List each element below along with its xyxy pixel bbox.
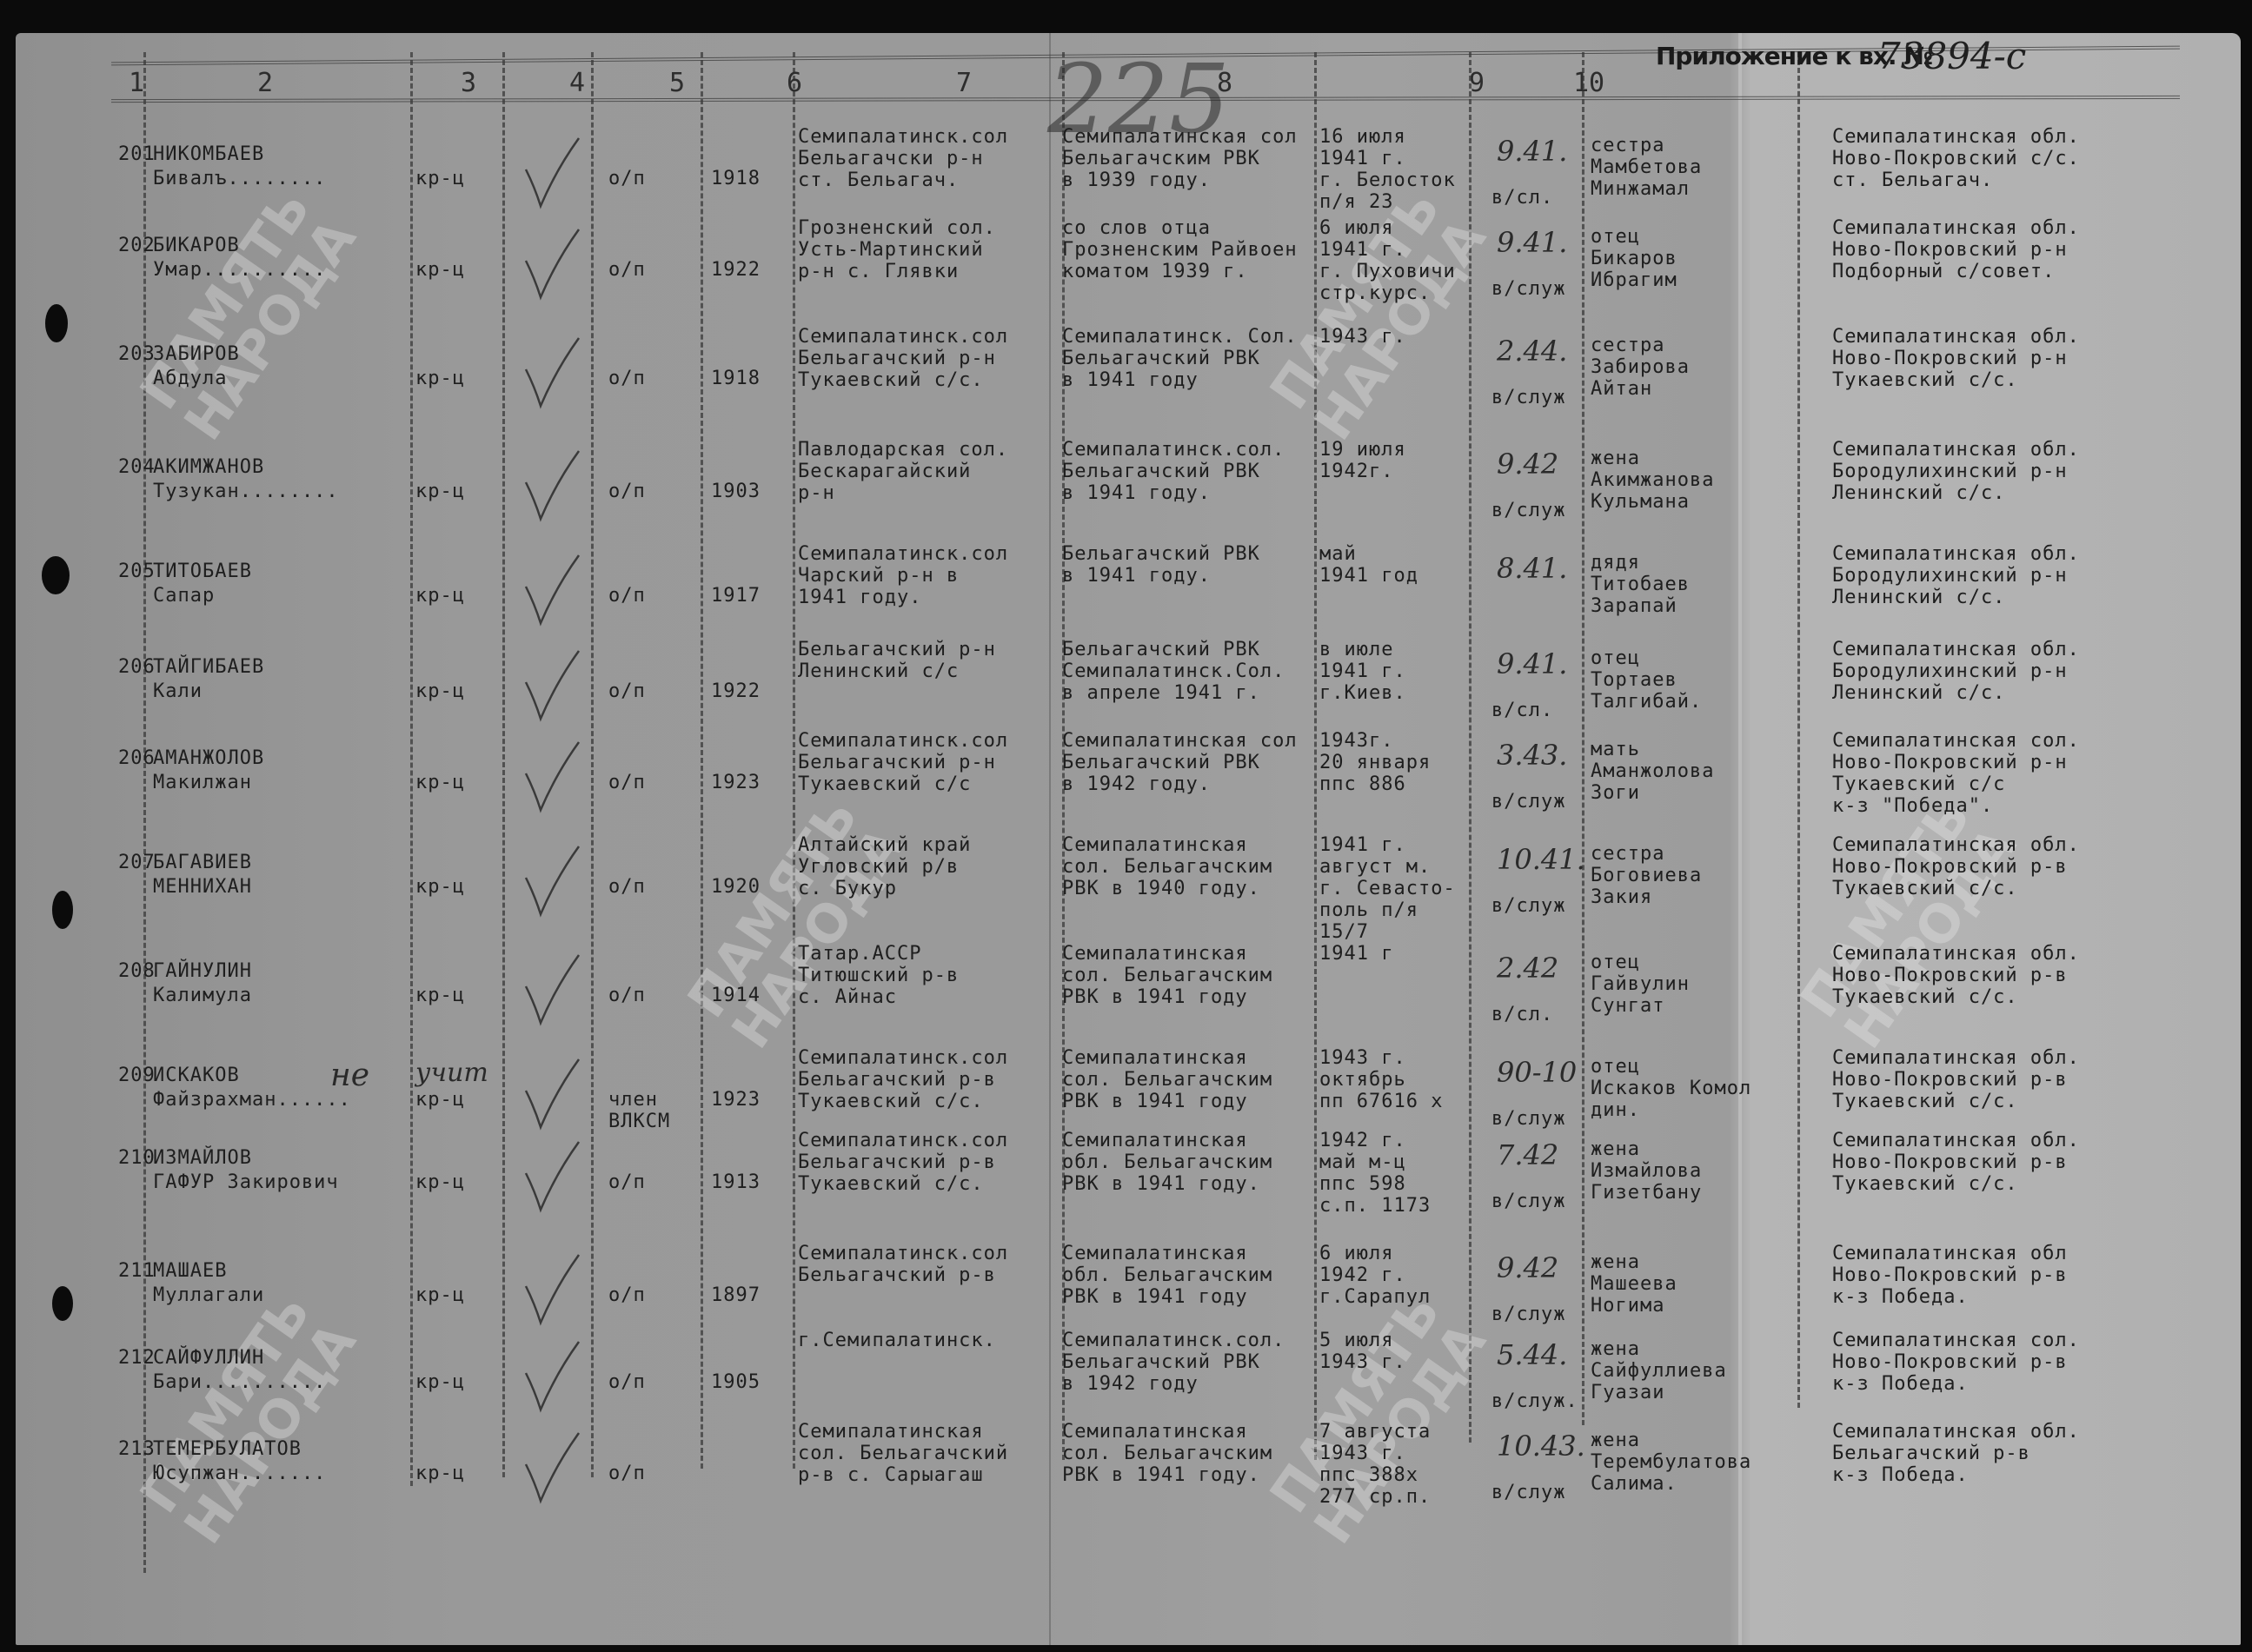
- drafted-by: Семипалатинск.сол. Бельагачский РВК в 19…: [1062, 439, 1285, 504]
- rank: кр-ц: [415, 1089, 465, 1111]
- drafted-by: Семипалатинск.сол. Бельагачский РВК в 19…: [1062, 1330, 1285, 1395]
- rank: кр-ц: [415, 985, 465, 1006]
- record-number: 207: [118, 852, 156, 873]
- rank: кр-ц: [415, 368, 465, 389]
- service-status: в/служ: [1491, 791, 1565, 813]
- drafted-by: Семипалатинская сол. Бельагачским РВК в …: [1062, 943, 1272, 1008]
- drafted-by: Семипалатинская сол. Бельагачским РВК в …: [1062, 1421, 1272, 1486]
- column-number: 2: [257, 68, 273, 98]
- relative: жена Терембулатова Салима.: [1591, 1430, 1751, 1495]
- birthplace: Семипалатинск.сол Бельагачский р-н Тукае…: [798, 326, 1008, 391]
- birth-year: 1918: [711, 368, 761, 389]
- record-number: 211: [118, 1260, 156, 1282]
- handwritten-mark: 3.43.: [1497, 739, 1567, 772]
- column-number: 7: [956, 68, 972, 98]
- relative: отец Бикаров Ибрагим: [1591, 226, 1677, 291]
- punch-hole: [45, 304, 68, 342]
- birth-year: 1914: [711, 985, 761, 1006]
- relative-address: Семипалатинская обл. Бельагачский р-в к-…: [1832, 1421, 2080, 1486]
- birthplace: Бельагачский р-н Ленинский с/с: [798, 639, 996, 682]
- missing-date: 1943 г.: [1319, 326, 1406, 348]
- handwritten-note: не: [330, 1058, 369, 1093]
- relative: сестра Забирова Айтан: [1591, 335, 1690, 400]
- birthplace: Семипалатинск.сол Бельагачский р-в Тукае…: [798, 1130, 1008, 1195]
- record-number: 208: [118, 960, 156, 982]
- handwritten-mark: 8.41.: [1497, 552, 1567, 585]
- record-number: 205: [118, 561, 156, 582]
- given-name: Умар..........: [153, 259, 326, 281]
- missing-date: 1943г. 20 января ппс 886: [1319, 730, 1431, 795]
- birthplace: Татар.АССР Титюшский р-в с. Айнас: [798, 943, 959, 1008]
- check-mark-icon: [521, 1338, 582, 1416]
- column-number: 10: [1573, 68, 1604, 98]
- missing-date: 1941 г: [1319, 943, 1393, 965]
- given-name: Юсупжан.......: [153, 1463, 326, 1484]
- given-name: Кали: [153, 680, 203, 702]
- record-number: 202: [118, 235, 156, 256]
- handwritten-mark: 5.44.: [1497, 1338, 1567, 1371]
- handwritten-note: учит: [415, 1058, 488, 1088]
- relative-address: Семипалатинская обл. Ново-Покровский р-в…: [1832, 943, 2080, 1008]
- birthplace: Алтайский край Угловский р/в с. Букур: [798, 834, 971, 899]
- handwritten-mark: 10.43.: [1497, 1430, 1585, 1463]
- birthplace: Павлодарская сол. Бескарагайский р-н: [798, 439, 1008, 504]
- service-status: в/служ: [1491, 387, 1565, 408]
- birthplace: Семипалатинск.сол Бельагачский р-в Тукае…: [798, 1047, 1008, 1112]
- drafted-by: Бельагачский РВК в 1941 году.: [1062, 543, 1260, 587]
- party-status: о/п: [608, 168, 646, 189]
- relative: жена Измайлова Гизетбану: [1591, 1138, 1702, 1204]
- party-status: о/п: [608, 1371, 646, 1393]
- missing-date: 6 июля 1942 г. г.Сарапул: [1319, 1243, 1431, 1308]
- surname: ИЗМАЙЛОВ: [153, 1147, 252, 1169]
- missing-date: 1941 г. август м. г. Севасто- поль п/я 1…: [1319, 834, 1456, 943]
- check-mark-icon: [521, 647, 582, 726]
- column-number: 9: [1469, 68, 1485, 98]
- record-number: 203: [118, 343, 156, 365]
- relative-address: Семипалатинская обл. Ново-Покровский с/с…: [1832, 126, 2080, 191]
- column-divider: [793, 52, 795, 1469]
- rank: кр-ц: [415, 1171, 465, 1193]
- column-number: 1: [129, 68, 144, 98]
- party-status: о/п: [608, 481, 646, 502]
- handwritten-mark: 9.42: [1497, 448, 1558, 481]
- given-name: Абдула: [153, 368, 227, 389]
- missing-date: в июле 1941 г. г.Киев.: [1319, 639, 1406, 704]
- check-mark-icon: [521, 335, 582, 413]
- birth-year: 1923: [711, 772, 761, 793]
- check-mark-icon: [521, 552, 582, 630]
- missing-date: 1942 г. май м-ц ппс 598 с.п. 1173: [1319, 1130, 1431, 1217]
- relative: отец Тортаев Талгибай.: [1591, 647, 1702, 713]
- column-divider: [410, 52, 413, 1486]
- birth-year: 1922: [711, 259, 761, 281]
- drafted-by: Бельагачский РВК Семипалатинск.Сол. в ап…: [1062, 639, 1285, 704]
- service-status: в/служ: [1491, 500, 1565, 521]
- party-status: о/п: [608, 680, 646, 702]
- relative: дядя Титобаев Зарапай: [1591, 552, 1690, 617]
- rank: кр-ц: [415, 481, 465, 502]
- check-mark-icon: [521, 448, 582, 526]
- check-mark-icon: [521, 1251, 582, 1330]
- birthplace: Семипалатинская сол. Бельагачский р-в с.…: [798, 1421, 1008, 1486]
- drafted-by: Семипалатинская обл. Бельагачским РВК в …: [1062, 1243, 1272, 1308]
- birthplace: г.Семипалатинск.: [798, 1330, 996, 1351]
- drafted-by: Семипалатинская сол. Бельагачским РВК в …: [1062, 1047, 1272, 1112]
- party-status: член ВЛКСМ: [608, 1089, 670, 1132]
- document-number: 73894-с: [1877, 35, 2026, 77]
- given-name: Сапар: [153, 585, 215, 607]
- paper-fold: [1049, 33, 1051, 1645]
- column-divider: [502, 52, 505, 1477]
- relative: отец Искаков Комол дин.: [1591, 1056, 1751, 1121]
- check-mark-icon: [521, 1430, 582, 1508]
- column-divider: [1797, 52, 1800, 1408]
- service-status: в/служ: [1491, 1191, 1565, 1212]
- record-number: 209: [118, 1065, 156, 1086]
- punch-hole: [52, 891, 73, 929]
- drafted-by: со слов отца Грозненским Райвоен коматом…: [1062, 217, 1298, 282]
- column-number: 3: [461, 68, 476, 98]
- missing-date: 1943 г. октябрь пп 67616 х: [1319, 1047, 1443, 1112]
- relative: сестра Боговиева Закия: [1591, 843, 1702, 908]
- surname: МАШАЕВ: [153, 1260, 227, 1282]
- birth-year: 1913: [711, 1171, 761, 1193]
- surname: АМАНЖОЛОВ: [153, 747, 264, 769]
- given-name: Тузукан........: [153, 481, 339, 502]
- punch-hole: [42, 556, 70, 594]
- birth-year: 1917: [711, 585, 761, 607]
- record-number: 206: [118, 747, 156, 769]
- given-name: Муллагали: [153, 1284, 264, 1306]
- given-name: Калимула: [153, 985, 252, 1006]
- service-status: в/служ: [1491, 895, 1565, 917]
- missing-date: май 1941 год: [1319, 543, 1418, 587]
- drafted-by: Семипалатинская обл. Бельагачским РВК в …: [1062, 1130, 1272, 1195]
- relative-address: Семипалатинская обл. Ново-Покровский р-н…: [1832, 217, 2080, 282]
- relative-address: Семипалатинская обл. Ново-Покровский р-в…: [1832, 1047, 2080, 1112]
- party-status: о/п: [608, 1171, 646, 1193]
- surname: ГАЙНУЛИН: [153, 960, 252, 982]
- birth-year: 1903: [711, 481, 761, 502]
- surname: ТИТОБАЕВ: [153, 561, 252, 582]
- birth-year: 1905: [711, 1371, 761, 1393]
- handwritten-mark: 2.42: [1497, 952, 1558, 985]
- service-status: в/служ: [1491, 278, 1565, 300]
- party-status: о/п: [608, 1284, 646, 1306]
- surname: БИКАРОВ: [153, 235, 240, 256]
- check-mark-icon: [521, 843, 582, 921]
- birth-year: 1923: [711, 1089, 761, 1111]
- birth-year: 1922: [711, 680, 761, 702]
- service-status: в/сл.: [1491, 700, 1553, 721]
- service-status: в/сл.: [1491, 187, 1553, 209]
- given-name: МЕННИХАН: [153, 876, 252, 898]
- record-number: 201: [118, 143, 156, 165]
- record-number: 210: [118, 1147, 156, 1169]
- surname: ТЕМЕРБУЛАТОВ: [153, 1438, 302, 1460]
- relative-address: Семипалатинская сол. Ново-Покровский р-н…: [1832, 730, 2080, 817]
- relative-address: Семипалатинская обл Ново-Покровский р-в …: [1832, 1243, 2068, 1308]
- relative-address: Семипалатинская обл. Ново-Покровский р-н…: [1832, 326, 2080, 391]
- surname: АКИМЖАНОВ: [153, 456, 264, 478]
- rank: кр-ц: [415, 585, 465, 607]
- relative: жена Машеева Ногима: [1591, 1251, 1677, 1317]
- party-status: о/п: [608, 368, 646, 389]
- birthplace: Грозненский сол. Усть-Мартинский р-н с. …: [798, 217, 996, 282]
- relative-address: Семипалатинская сол. Ново-Покровский р-в…: [1832, 1330, 2080, 1395]
- check-mark-icon: [521, 1138, 582, 1217]
- missing-date: 6 июля 1941 г. г. Пуховичи стр.курс.: [1319, 217, 1456, 304]
- handwritten-mark: 9.41.: [1497, 647, 1567, 680]
- check-mark-icon: [521, 1056, 582, 1134]
- relative-address: Семипалатинская обл. Ново-Покровский р-в…: [1832, 834, 2080, 899]
- service-status: в/служ: [1491, 1304, 1565, 1325]
- record-number: 206: [118, 656, 156, 678]
- check-mark-icon: [521, 952, 582, 1030]
- column-number: 4: [569, 68, 585, 98]
- party-status: о/п: [608, 985, 646, 1006]
- record-number: 212: [118, 1347, 156, 1369]
- rank: кр-ц: [415, 772, 465, 793]
- column-divider: [143, 52, 146, 1573]
- service-status: в/служ: [1491, 1482, 1565, 1503]
- drafted-by: Семипалатинская сол Бельагачский РВК в 1…: [1062, 730, 1298, 795]
- relative: жена Акимжанова Кульмана: [1591, 448, 1714, 513]
- punch-hole: [52, 1286, 73, 1321]
- rank: кр-ц: [415, 1463, 465, 1484]
- relative: мать Аманжолова Зоги: [1591, 739, 1714, 804]
- handwritten-mark: 9.42: [1497, 1251, 1558, 1284]
- paper-seam: [1738, 33, 1742, 1645]
- missing-date: 7 августа 1943 г. ппс 388х 277 ср.п.: [1319, 1421, 1431, 1508]
- surname: САЙФУЛЛИН: [153, 1347, 264, 1369]
- handwritten-mark: 90-10: [1497, 1056, 1577, 1089]
- service-status: в/сл.: [1491, 1004, 1553, 1025]
- drafted-by: Семипалатинск. Сол. Бельагачский РВК в 1…: [1062, 326, 1298, 391]
- party-status: о/п: [608, 585, 646, 607]
- rank: кр-ц: [415, 1284, 465, 1306]
- surname: БАГАВИЕВ: [153, 852, 252, 873]
- given-name: Бивалъ........: [153, 168, 326, 189]
- relative-address: Семипалатинская обл. Бородулихинский р-н…: [1832, 439, 2080, 504]
- relative-address: Семипалатинская обл. Бородулихинский р-н…: [1832, 639, 2080, 704]
- column-number: 6: [787, 68, 802, 98]
- birthplace: Семипалатинск.сол Бельагачский р-н Тукае…: [798, 730, 1008, 795]
- party-status: о/п: [608, 259, 646, 281]
- given-name: Макилжан: [153, 772, 252, 793]
- missing-date: 5 июля 1943 г.: [1319, 1330, 1406, 1373]
- rank: кр-ц: [415, 680, 465, 702]
- drafted-by: Семипалатинская сол. Бельагачским РВК в …: [1062, 834, 1272, 899]
- relative-address: Семипалатинская обл. Ново-Покровский р-в…: [1832, 1130, 2080, 1195]
- record-number: 213: [118, 1438, 156, 1460]
- party-status: о/п: [608, 1463, 646, 1484]
- service-status: в/служ.: [1491, 1390, 1578, 1412]
- column-divider: [1582, 52, 1584, 1425]
- surname: ТАЙГИБАЕВ: [153, 656, 264, 678]
- check-mark-icon: [521, 135, 582, 213]
- record-number: 204: [118, 456, 156, 478]
- handwritten-mark: 9.41.: [1497, 226, 1567, 259]
- rank: кр-ц: [415, 1371, 465, 1393]
- surname: ИСКАКОВ: [153, 1065, 240, 1086]
- birthplace: Семипалатинск.сол Бельагачски р-н ст. Бе…: [798, 126, 1008, 191]
- column-divider: [1469, 52, 1471, 1443]
- birthplace: Семипалатинск.сол Бельагачский р-в: [798, 1243, 1008, 1286]
- relative: жена Сайфуллиева Гуазаи: [1591, 1338, 1727, 1403]
- party-status: о/п: [608, 772, 646, 793]
- relative: отец Гайвулин Сунгат: [1591, 952, 1690, 1017]
- column-number: 5: [669, 68, 685, 98]
- check-mark-icon: [521, 739, 582, 817]
- given-name: Файзрахман......: [153, 1089, 351, 1111]
- relative: сестра Мамбетова Минжамал: [1591, 135, 1702, 200]
- party-status: о/п: [608, 876, 646, 898]
- surname: НИКОМБАЕВ: [153, 143, 264, 165]
- relative-address: Семипалатинская обл. Бородулихинский р-н…: [1832, 543, 2080, 608]
- handwritten-mark: 7.42: [1497, 1138, 1558, 1171]
- rank: кр-ц: [415, 876, 465, 898]
- birth-year: 1920: [711, 876, 761, 898]
- column-divider: [591, 52, 594, 1477]
- rank: кр-ц: [415, 168, 465, 189]
- service-status: в/служ: [1491, 1108, 1565, 1130]
- column-divider: [1314, 52, 1317, 1460]
- handwritten-mark: 10.41.: [1497, 843, 1585, 876]
- given-name: ГАФУР Закирович: [153, 1171, 339, 1193]
- missing-date: 16 июля 1941 г. г. Белосток п/я 23: [1319, 126, 1456, 213]
- drafted-by: Семипалатинская сол Бельагачским РВК в 1…: [1062, 126, 1298, 191]
- birthplace: Семипалатинск.сол Чарский р-н в 1941 год…: [798, 543, 1008, 608]
- rank: кр-ц: [415, 259, 465, 281]
- missing-date: 19 июля 1942г.: [1319, 439, 1406, 482]
- column-divider: [701, 52, 703, 1469]
- birth-year: 1897: [711, 1284, 761, 1306]
- surname: ЗАБИРОВ: [153, 343, 240, 365]
- birth-year: 1918: [711, 168, 761, 189]
- check-mark-icon: [521, 226, 582, 304]
- handwritten-mark: 2.44.: [1497, 335, 1567, 368]
- handwritten-mark: 9.41.: [1497, 135, 1567, 168]
- given-name: Бари..........: [153, 1371, 326, 1393]
